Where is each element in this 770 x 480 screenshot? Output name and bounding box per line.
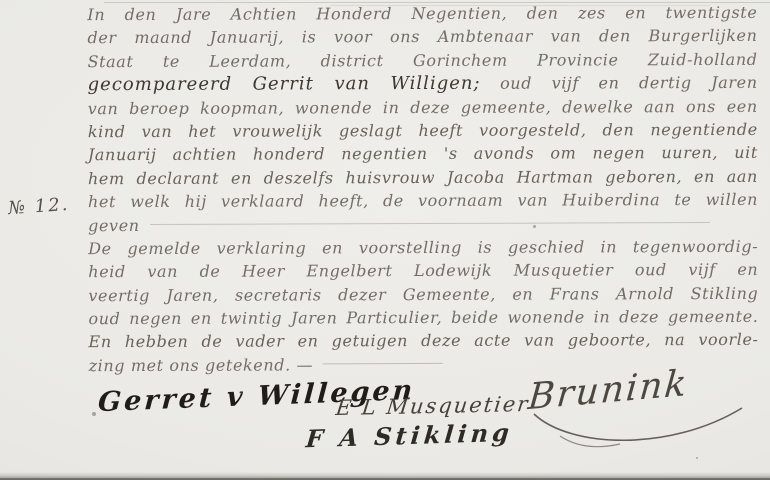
ink-speck <box>92 412 96 416</box>
document-scan: № 12. In den Jare Achtien Honderd Negent… <box>0 0 770 480</box>
ink-speck <box>696 457 698 459</box>
signature-witness-stikling: F A Stikling <box>305 418 515 454</box>
ink-speck <box>533 225 536 228</box>
signature-block: Gerret v Willegen E L Musquetier F A Sti… <box>0 0 770 480</box>
signature-flourish-underline <box>520 402 750 454</box>
ink-speck <box>240 392 242 394</box>
signature-witness-musquetier: E L Musquetier <box>335 392 531 420</box>
ink-speck <box>574 297 576 299</box>
